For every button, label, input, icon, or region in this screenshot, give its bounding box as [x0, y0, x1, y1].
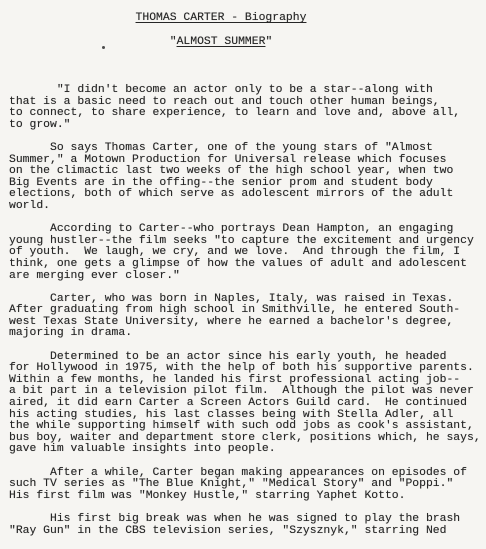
paragraph-role-quote: According to Carter--who portrays Dean H…: [9, 224, 486, 282]
film-title: ALMOST SUMMER: [177, 36, 266, 48]
paragraph-career-start: Determined to be an actor since his earl…: [9, 352, 486, 456]
film-title-line: "ALMOST SUMMER": [0, 37, 442, 49]
film-title-open-quote: ": [170, 36, 177, 48]
document-body: "I didn't become an actor only to be a s…: [9, 85, 486, 549]
paragraph-early-life: Carter, who was born in Naples, Italy, w…: [9, 294, 486, 340]
document-title: THOMAS CARTER - Biography: [136, 12, 307, 24]
title-line: THOMAS CARTER - Biography: [0, 13, 442, 25]
paragraph-big-break: His first big break was when he was sign…: [9, 514, 486, 537]
film-title-close-quote: ": [265, 36, 272, 48]
scan-artifact-dot: [102, 46, 105, 49]
paragraph-tv-appearances: After a while, Carter began making appea…: [9, 468, 486, 503]
paragraph-film-description: So says Thomas Carter, one of the young …: [9, 143, 486, 213]
document-header: THOMAS CARTER - Biography "ALMOST SUMMER…: [0, 13, 442, 48]
paragraph-intro-quote: "I didn't become an actor only to be a s…: [9, 85, 486, 131]
document-page: THOMAS CARTER - Biography "ALMOST SUMMER…: [0, 0, 486, 549]
